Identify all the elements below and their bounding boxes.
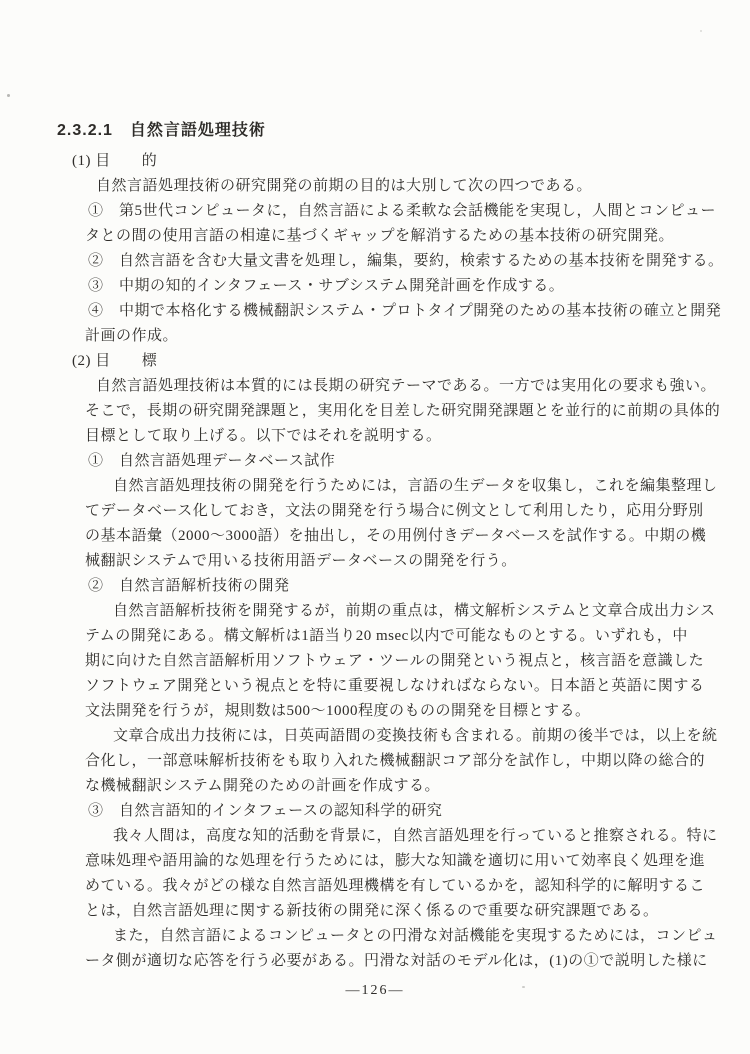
text-line: な機械翻訳システム開発のための計画を作成する。 [0,774,750,799]
text-line: ータ側が適切な応答を行う必要がある。円滑な対話のモデル化は，(1)の①で説明した… [0,949,750,974]
text-line: 期に向けた自然言語解析用ソフトウェア・ツールの開発という視点と，核言語を意識した [0,649,750,674]
text-line: 械翻訳システムで用いる技術用語データベースの開発を行う。 [0,549,750,574]
text-line: 文法開発を行うが，規則数は500～1000程度のものの開発を目標とする。 [0,699,750,724]
text-line: ① 第5世代コンピュータに，自然言語による柔軟な会話機能を実現し，人間とコンピュ… [0,199,750,224]
scanned-document-page: 2.3.2.1 自然言語処理技術(1) 目 的自然言語処理技術の研究開発の前期の… [0,0,750,1054]
text-line: ソフトウェア開発という視点とを特に重要視しなければならない。日本語と英語に関する [0,674,750,699]
text-line: 目標として取り上げる。以下ではそれを説明する。 [0,424,750,449]
text-line: ④ 中期で本格化する機械翻訳システム・プロトタイプ開発のための基本技術の確立と開… [0,299,750,324]
text-line: テムの開発にある。構文解析は1語当り20 msec以内で可能なものとする。いずれ… [0,624,750,649]
text-line: ③ 自然言語知的インタフェースの認知科学的研究 [0,799,750,824]
text-line: 文章合成出力技術には，日英両語間の変換技術も含まれる。前期の後半では，以上を統 [0,724,750,749]
subsection-label: (1) 目 的 [0,149,750,174]
text-line: ② 自然言語解析技術の開発 [0,574,750,599]
text-line: 自然言語処理技術は本質的には長期の研究テーマである。一方では実用化の要求も強い。 [0,374,750,399]
text-line: そこで，長期の研究開発課題と，実用化を目差した研究開発課題とを並行的に前期の具体… [0,399,750,424]
text-line: また，自然言語によるコンピュータとの円滑な対話機能を実現するためには，コンピュ [0,924,750,949]
scan-speck [7,94,10,97]
text-line: の基本語彙（2000～3000語）を抽出し，その用例付きデータベースを試作する。… [0,524,750,549]
text-line: とは，自然言語処理に関する新技術の開発に深く係るので重要な研究課題である。 [0,899,750,924]
text-line: 自然言語処理技術の研究開発の前期の目的は大別して次の四つである。 [0,174,750,199]
page-number: —126— [0,978,750,1003]
text-line: 意味処理や語用論的な処理を行うためには，膨大な知識を適切に用いて効率良く処理を進 [0,849,750,874]
text-line: 自然言語解析技術を開発するが，前期の重点は，構文解析システムと文章合成出力シス [0,599,750,624]
text-line: 自然言語処理技術の開発を行うためには，言語の生データを収集し，これを編集整理し [0,474,750,499]
text-line: 計画の作成。 [0,324,750,349]
text-line: 合化し，一部意味解析技術をも取り入れた機械翻訳コア部分を試作し，中期以降の総合的 [0,749,750,774]
text-line: ② 自然言語を含む大量文書を処理し，編集，要約，検索するための基本技術を開発する… [0,249,750,274]
text-line: めている。我々がどの様な自然言語処理機構を有しているかを，認知科学的に解明するこ [0,874,750,899]
text-line: てデータベース化しておき，文法の開発を行う場合に例文として利用したり，応用分野別 [0,499,750,524]
text-line: ③ 中期の知的インタフェース・サブシステム開発計画を作成する。 [0,274,750,299]
text-line: ① 自然言語処理データベース試作 [0,449,750,474]
scan-speck [700,30,702,32]
text-line: 我々人間は，高度な知的活動を背景に，自然言語処理を行っていると推察される。特に [0,824,750,849]
text-line: タとの間の使用言語の相違に基づくギャップを解消するための基本技術の研究開発。 [0,224,750,249]
section-heading: 2.3.2.1 自然言語処理技術 [0,118,750,143]
subsection-label: (2) 目 標 [0,349,750,374]
document-lines: 2.3.2.1 自然言語処理技術(1) 目 的自然言語処理技術の研究開発の前期の… [0,118,750,974]
